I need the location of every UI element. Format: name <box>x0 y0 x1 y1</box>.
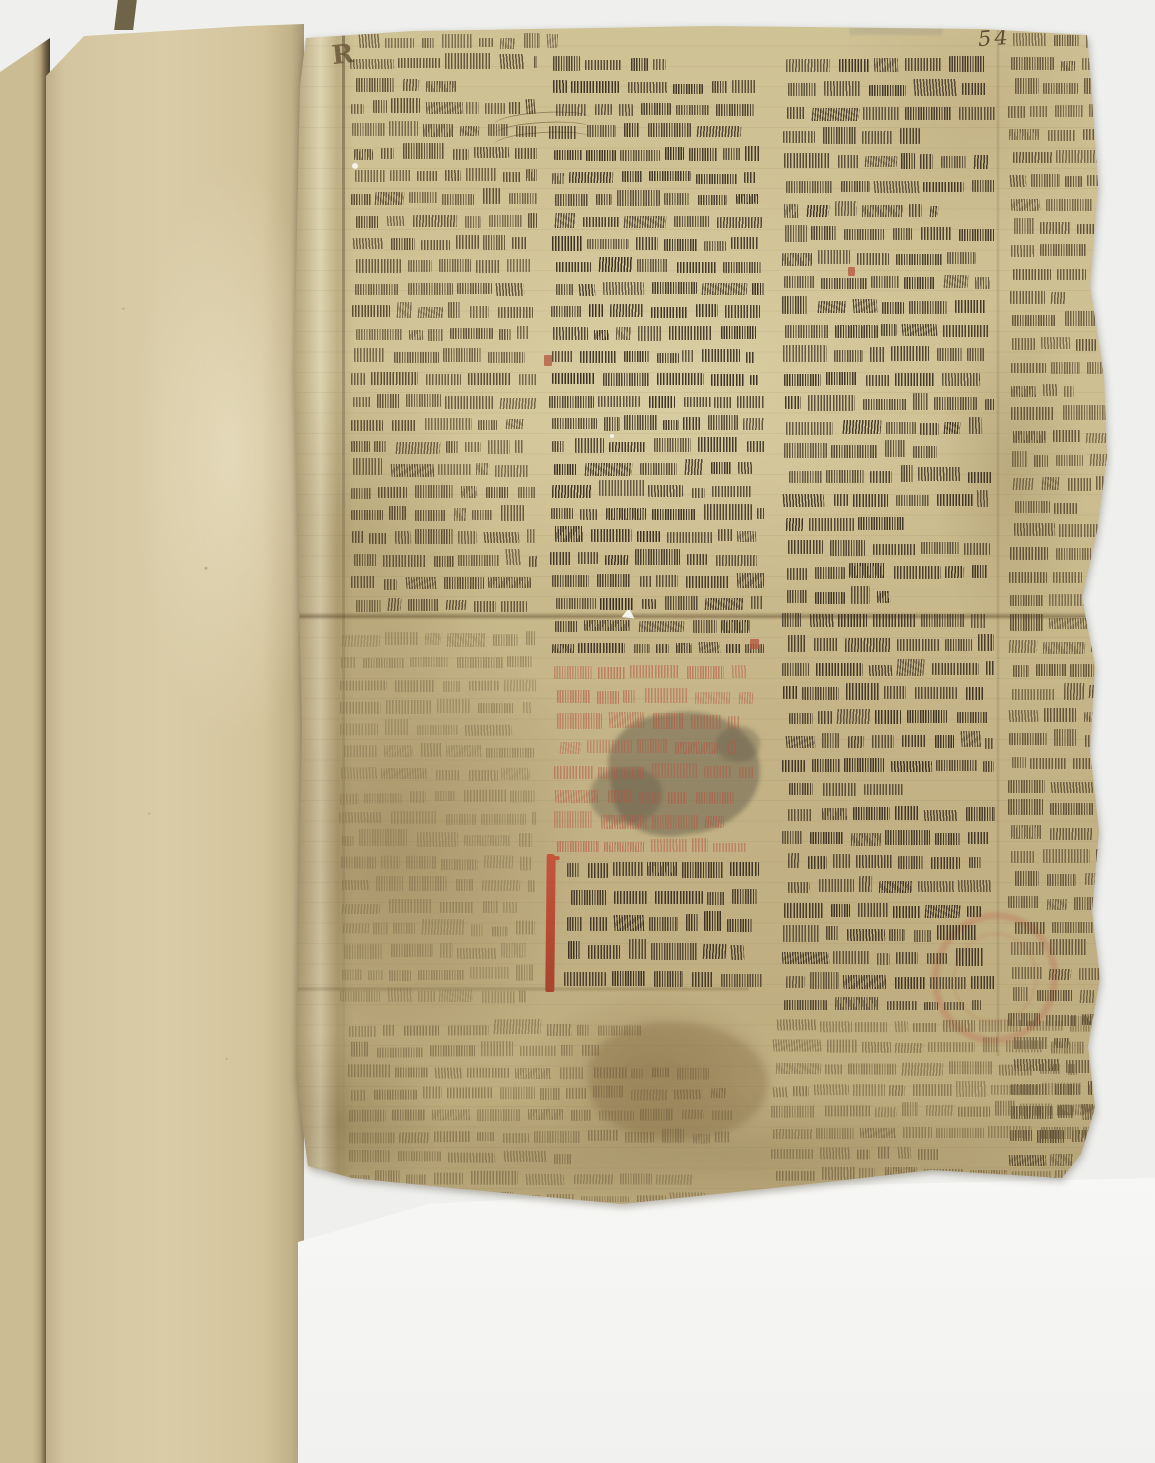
script-line <box>1008 284 1110 307</box>
script-line <box>554 758 762 783</box>
script-line <box>1008 191 1110 214</box>
script-line <box>1008 960 1110 983</box>
script-line <box>338 917 536 941</box>
script-line <box>350 118 537 141</box>
script-line <box>549 232 764 254</box>
script-line <box>1008 144 1110 167</box>
bottom-block-left <box>346 1018 736 1202</box>
script-line <box>346 1018 736 1040</box>
text-column-2-paragraph <box>564 854 764 996</box>
script-line <box>782 76 995 100</box>
red-initial <box>545 854 555 992</box>
script-line <box>782 293 995 317</box>
script-line <box>350 95 537 118</box>
script-line <box>549 456 764 478</box>
script-line <box>549 367 764 389</box>
script-line <box>350 525 537 548</box>
script-line <box>338 739 536 762</box>
script-line <box>350 186 537 209</box>
script-line <box>1008 797 1110 820</box>
script-line <box>782 849 995 873</box>
script-line <box>350 412 537 435</box>
script-line <box>338 939 536 962</box>
script-line <box>350 163 537 186</box>
script-line <box>549 97 764 119</box>
script-line <box>350 254 537 277</box>
script-line <box>338 672 536 696</box>
script-line <box>1008 75 1110 98</box>
script-line <box>782 873 995 897</box>
script-line <box>338 716 536 739</box>
script-line <box>1008 774 1110 797</box>
script-line <box>338 783 536 806</box>
script-line <box>350 503 537 526</box>
parchment-leaf: 54 R <box>292 26 1108 1214</box>
script-line <box>549 636 764 653</box>
script-line <box>346 1188 736 1202</box>
script-line <box>782 245 995 269</box>
script-line <box>1008 913 1110 936</box>
script-line <box>549 52 764 74</box>
script-line <box>549 119 764 141</box>
script-line <box>350 548 537 571</box>
script-line <box>1008 727 1110 750</box>
script-line <box>770 1014 1102 1036</box>
script-line <box>1008 471 1110 494</box>
script-line <box>549 344 764 366</box>
script-line <box>564 854 764 881</box>
script-line <box>549 479 764 501</box>
script-line <box>1008 214 1110 237</box>
script-line <box>782 656 995 680</box>
script-line <box>350 570 537 593</box>
script-line <box>1008 983 1110 1006</box>
script-line <box>350 593 537 616</box>
script-line <box>782 559 995 583</box>
script-line <box>782 269 995 293</box>
script-line <box>549 614 764 636</box>
script-line <box>770 1121 1102 1142</box>
script-line <box>782 173 995 197</box>
script-line <box>350 344 537 367</box>
script-line <box>350 322 537 345</box>
script-line <box>770 1141 1102 1165</box>
script-line <box>782 921 995 945</box>
script-line <box>549 591 764 613</box>
script-line <box>1008 843 1110 866</box>
script-line <box>782 945 995 969</box>
script-line <box>782 583 995 607</box>
script-line <box>350 389 537 412</box>
script-line <box>782 993 995 1010</box>
script-line <box>350 231 537 254</box>
script-line <box>782 100 995 124</box>
script-line <box>554 683 762 708</box>
script-line <box>549 501 764 523</box>
text-column-1-lower <box>338 628 536 1012</box>
script-line <box>549 209 764 231</box>
script-line <box>549 524 764 546</box>
script-line <box>1008 377 1110 400</box>
script-line <box>350 208 537 231</box>
script-line <box>1008 564 1110 587</box>
script-line <box>782 414 995 438</box>
script-line <box>549 299 764 321</box>
script-line <box>782 825 995 849</box>
script-line <box>346 1124 736 1146</box>
script-line <box>1008 28 1110 51</box>
script-line <box>338 695 536 718</box>
bottom-block-right <box>770 1014 1102 1198</box>
script-line <box>350 276 537 299</box>
page-tab-edge <box>114 0 137 30</box>
header-line <box>358 32 558 49</box>
script-line <box>350 141 537 164</box>
parchment-surface: 54 R <box>292 26 1108 1214</box>
script-line <box>782 124 995 148</box>
script-line <box>770 1078 1102 1100</box>
script-line <box>770 1055 1102 1079</box>
script-line <box>338 628 536 650</box>
script-line <box>782 342 995 366</box>
red-touched-letter <box>544 355 552 366</box>
script-line <box>338 761 536 784</box>
script-line <box>338 828 536 850</box>
script-line <box>1008 587 1110 610</box>
script-line <box>1008 261 1110 284</box>
script-line <box>554 808 762 833</box>
script-line <box>346 1039 736 1062</box>
script-line <box>1008 517 1110 540</box>
faded-header-inscription <box>850 27 942 35</box>
script-line <box>1008 331 1110 354</box>
script-line <box>782 607 995 631</box>
script-line <box>1008 51 1110 74</box>
script-line <box>554 833 762 852</box>
script-line <box>1008 937 1110 960</box>
script-line <box>770 1184 1102 1198</box>
script-line <box>549 142 764 164</box>
text-column-1-upper <box>350 50 537 616</box>
script-line <box>782 221 995 245</box>
script-line <box>549 187 764 209</box>
page-stack-edge <box>0 38 50 1463</box>
script-line <box>338 873 536 895</box>
script-line <box>549 322 764 344</box>
script-line <box>549 546 764 568</box>
script-line <box>782 704 995 728</box>
script-line <box>782 728 995 752</box>
script-line <box>1008 424 1110 447</box>
script-line <box>346 1060 736 1083</box>
script-line <box>782 535 995 559</box>
script-line <box>1008 750 1110 773</box>
script-line <box>1008 704 1110 727</box>
script-line <box>782 631 995 655</box>
script-line <box>549 412 764 434</box>
script-line <box>770 1163 1102 1185</box>
script-line <box>564 881 764 908</box>
text-column-2-upper <box>549 52 764 653</box>
script-line <box>549 74 764 96</box>
script-line <box>782 487 995 511</box>
script-line <box>1008 98 1110 121</box>
script-line <box>350 480 537 503</box>
script-line <box>782 680 995 704</box>
script-line <box>782 438 995 462</box>
script-line <box>338 1006 536 1012</box>
under-sheet <box>298 1178 1155 1463</box>
script-line <box>1008 680 1110 703</box>
script-line <box>1008 121 1110 144</box>
script-line <box>346 1081 736 1104</box>
script-line <box>782 197 995 221</box>
folio-number: 54 <box>977 25 1011 51</box>
script-line <box>782 752 995 776</box>
script-line <box>564 936 764 963</box>
script-line <box>350 367 537 390</box>
rubric-block-red <box>554 658 762 852</box>
script-line <box>338 961 536 984</box>
script-line <box>564 991 764 996</box>
script-line <box>346 1102 736 1125</box>
text-column-3 <box>782 52 995 1010</box>
script-line <box>1008 634 1110 657</box>
script-line <box>554 658 762 683</box>
script-line <box>549 569 764 591</box>
script-line <box>1008 308 1110 331</box>
script-line <box>782 366 995 390</box>
script-line <box>350 457 537 480</box>
script-line <box>1008 541 1110 564</box>
script-line <box>338 650 536 673</box>
script-line <box>782 897 995 921</box>
script-line <box>782 511 995 535</box>
script-line <box>1008 354 1110 377</box>
script-line <box>782 800 995 824</box>
column-crease <box>996 26 1000 1056</box>
script-line <box>1008 494 1110 517</box>
script-line <box>346 1145 736 1169</box>
script-line <box>1008 820 1110 843</box>
script-line <box>350 299 537 322</box>
script-line <box>338 850 536 874</box>
script-line <box>346 1166 736 1189</box>
manuscript-photograph: 54 R <box>0 0 1155 1463</box>
script-line <box>782 149 995 173</box>
script-line <box>338 984 536 1007</box>
script-line <box>554 708 762 733</box>
script-line <box>549 434 764 456</box>
script-line <box>1008 168 1110 191</box>
script-line <box>1008 1193 1110 1194</box>
facing-page-blank <box>46 20 304 1463</box>
script-line <box>770 1035 1102 1058</box>
script-line <box>549 389 764 411</box>
script-line <box>782 390 995 414</box>
script-line <box>782 462 995 486</box>
script-line <box>350 435 537 458</box>
script-line <box>1008 447 1110 470</box>
script-line <box>564 964 764 991</box>
script-line <box>549 164 764 186</box>
script-line <box>1008 238 1110 261</box>
script-line <box>782 318 995 342</box>
script-line <box>782 776 995 800</box>
script-line <box>1008 890 1110 913</box>
script-line <box>1008 867 1110 890</box>
script-line <box>549 277 764 299</box>
script-line <box>1008 657 1110 680</box>
script-line <box>554 733 762 758</box>
script-line <box>554 783 762 808</box>
script-line <box>770 1099 1102 1122</box>
script-line <box>350 73 537 96</box>
script-line <box>564 909 764 936</box>
wormhole <box>904 1176 911 1183</box>
script-line <box>782 52 995 76</box>
script-line <box>1008 610 1110 633</box>
script-line <box>338 806 536 829</box>
script-line <box>338 895 536 917</box>
fold-crease-vertical <box>342 26 345 1214</box>
red-touched-letter <box>750 639 759 649</box>
script-line <box>358 32 558 49</box>
script-line <box>782 969 995 993</box>
script-line <box>1008 401 1110 424</box>
script-line <box>549 254 764 276</box>
red-touched-letter <box>848 267 855 276</box>
script-line <box>350 50 537 73</box>
